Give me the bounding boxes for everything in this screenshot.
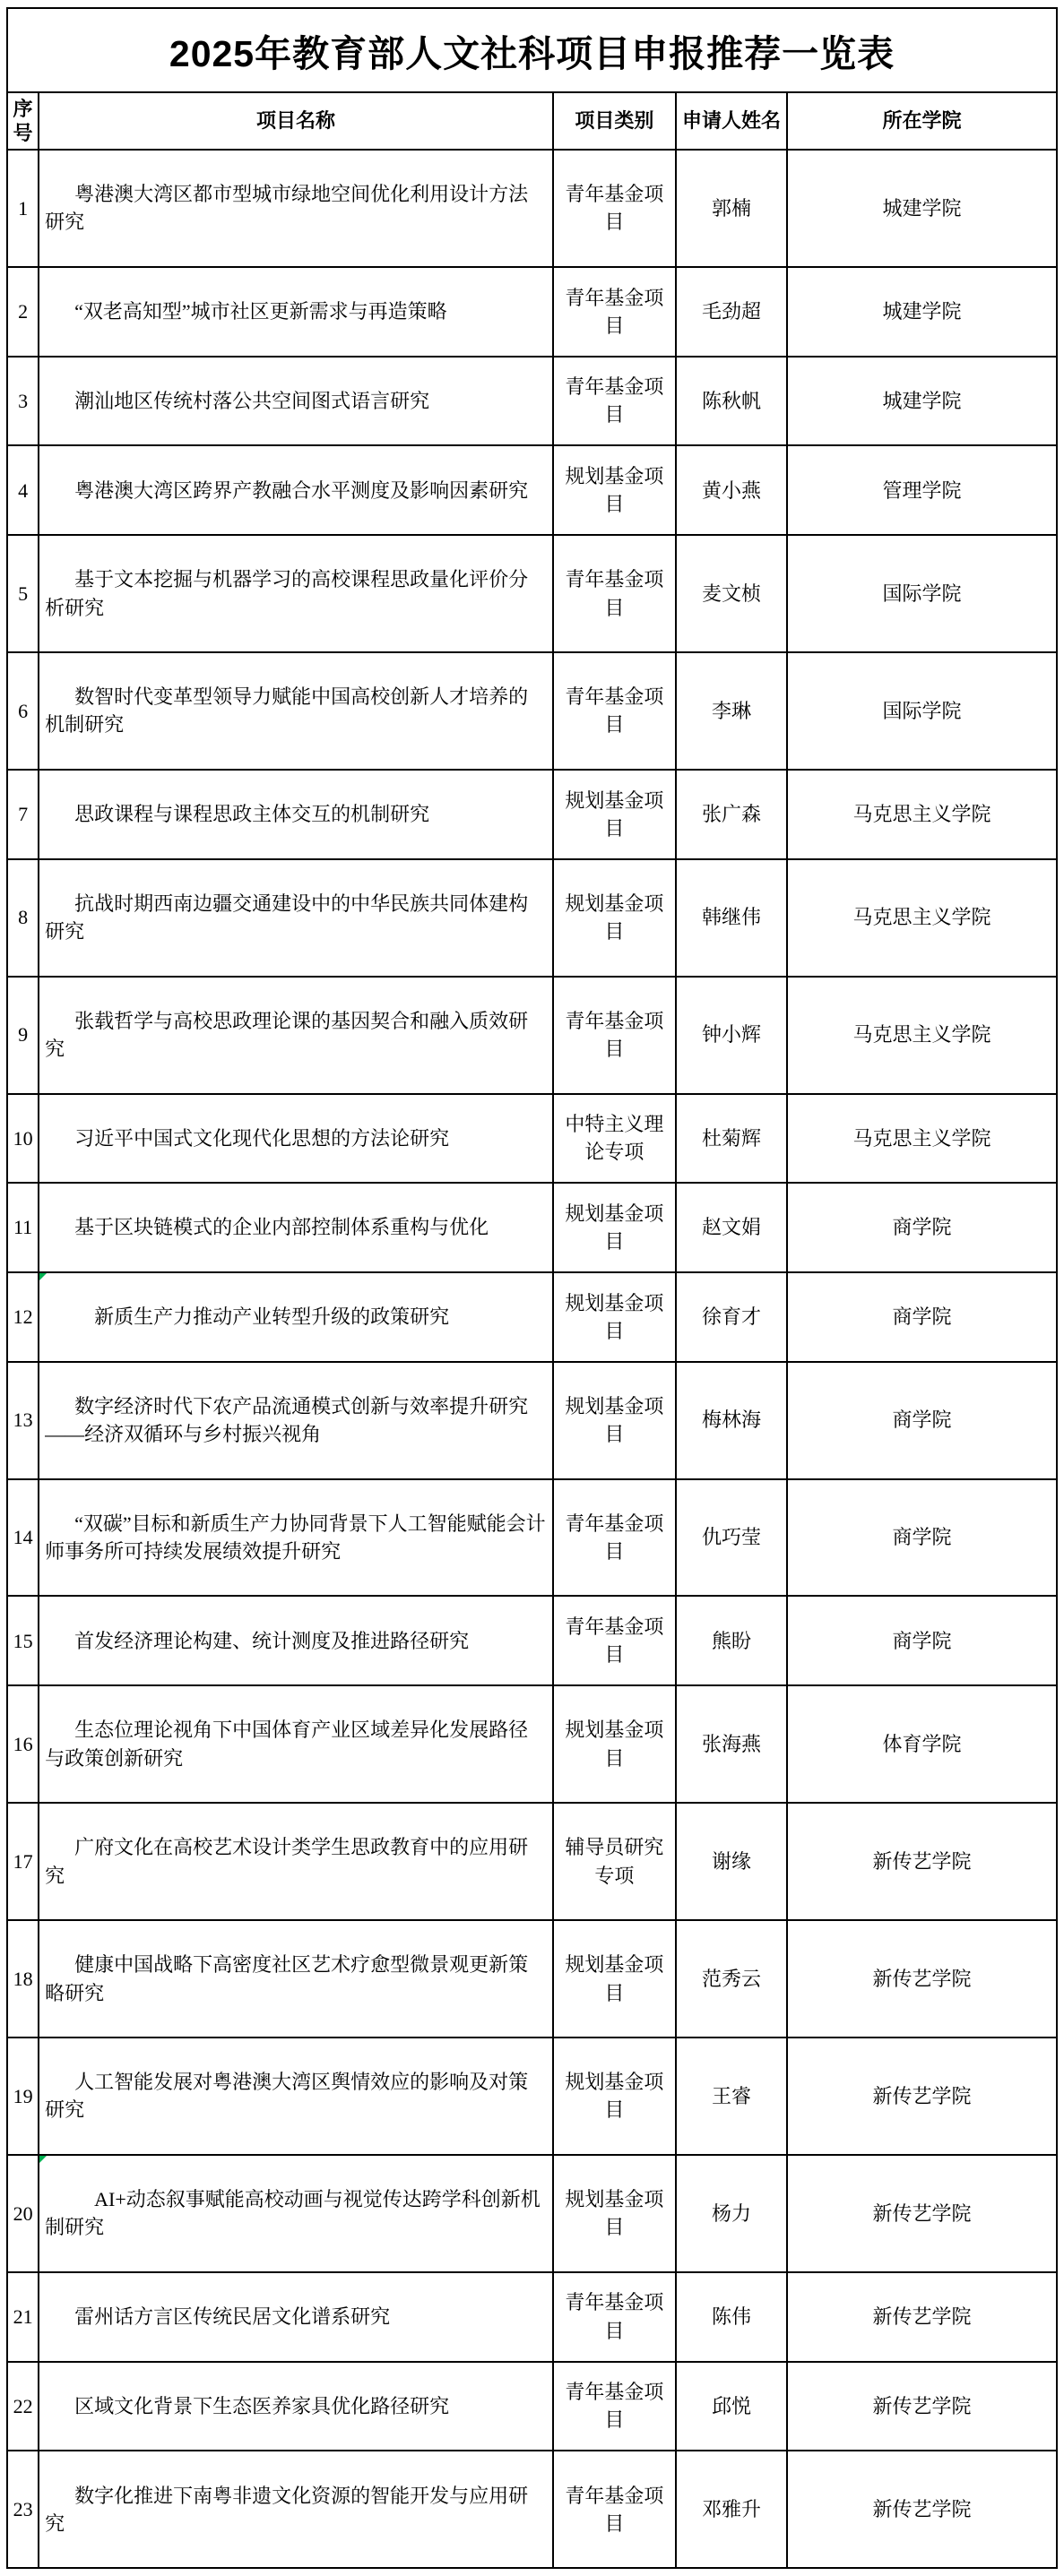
college-name: 城建学院	[883, 300, 962, 323]
project-category: 青年基金项目	[565, 183, 663, 233]
table-row: 5 基于文本挖掘与机器学习的高校课程思政量化评价分析研究 青年基金项目 麦文桢 …	[7, 535, 1057, 652]
excel-error-marker-icon	[39, 1273, 47, 1280]
college-name: 商学院	[893, 1216, 952, 1238]
project-category: 青年基金项目	[565, 1615, 663, 1666]
applicant-name: 仇巧莹	[702, 1526, 761, 1548]
row-number: 3	[18, 390, 28, 412]
row-number: 9	[18, 1023, 28, 1046]
project-name: 抗战时期西南边疆交通建设中的中华民族共同体建构研究	[45, 892, 528, 943]
project-name: 数字经济时代下农产品流通模式创新与效率提升研究——经济双循环与乡村振兴视角	[45, 1395, 528, 1445]
college-cell: 马克思主义学院	[787, 977, 1057, 1094]
project-name-cell: 潮汕地区传统村落公共空间图式语言研究	[39, 357, 553, 446]
row-number-cell: 12	[7, 1272, 39, 1362]
row-number: 5	[18, 582, 28, 605]
project-name-cell: AI+动态叙事赋能高校动画与视觉传达跨学科创新机制研究	[39, 2155, 553, 2272]
project-category-cell: 规划基金项目	[553, 445, 676, 535]
project-name-cell: 思政课程与课程思政主体交互的机制研究	[39, 770, 553, 859]
row-number: 4	[18, 479, 28, 502]
project-category: 中特主义理论专项	[565, 1113, 663, 1163]
project-name-cell: 张载哲学与高校思政理论课的基因契合和融入质效研究	[39, 977, 553, 1094]
row-number: 10	[13, 1127, 33, 1150]
project-category: 青年基金项目	[565, 2485, 663, 2535]
college-cell: 新传艺学院	[787, 1803, 1057, 1920]
project-category: 规划基金项目	[565, 1395, 663, 1445]
project-name: 粤港澳大湾区跨界产教融合水平测度及影响因素研究	[74, 479, 528, 502]
column-header-applicant: 申请人姓名	[676, 92, 787, 150]
project-category-cell: 规划基金项目	[553, 2155, 676, 2272]
project-name-cell: 基于区块链模式的企业内部控制体系重构与优化	[39, 1183, 553, 1272]
row-number-cell: 18	[7, 1920, 39, 2038]
table-row: 12 新质生产力推动产业转型升级的政策研究 规划基金项目 徐育才 商学院	[7, 1272, 1057, 1362]
college-name: 新传艺学院	[873, 2202, 972, 2225]
project-category-cell: 青年基金项目	[553, 535, 676, 652]
project-name-cell: 数字经济时代下农产品流通模式创新与效率提升研究——经济双循环与乡村振兴视角	[39, 1362, 553, 1479]
applicant-name: 邓雅升	[702, 2498, 761, 2520]
college-cell: 国际学院	[787, 535, 1057, 652]
table-row: 21 雷州话方言区传统民居文化谱系研究 青年基金项目 陈伟 新传艺学院	[7, 2272, 1057, 2362]
college-cell: 新传艺学院	[787, 2272, 1057, 2362]
project-category: 规划基金项目	[565, 465, 663, 515]
project-category: 青年基金项目	[565, 1010, 663, 1060]
project-category-cell: 青年基金项目	[553, 1479, 676, 1597]
college-name: 新传艺学院	[873, 1968, 972, 1990]
row-number-cell: 23	[7, 2451, 39, 2568]
project-category-cell: 规划基金项目	[553, 1685, 676, 1803]
project-name-cell: 数字化推进下南粤非遗文化资源的智能开发与应用研究	[39, 2451, 553, 2568]
project-name: 区域文化背景下生态医养家具优化路径研究	[74, 2395, 449, 2417]
row-number: 17	[13, 1850, 33, 1873]
applicant-name-cell: 钟小辉	[676, 977, 787, 1094]
college-name: 新传艺学院	[873, 2305, 972, 2328]
project-name-cell: 粤港澳大湾区跨界产教融合水平测度及影响因素研究	[39, 445, 553, 535]
header-row: 序号 项目名称 项目类别 申请人姓名 所在学院	[7, 92, 1057, 150]
applicant-name-cell: 韩继伟	[676, 859, 787, 977]
row-number-cell: 7	[7, 770, 39, 859]
project-name: 生态位理论视角下中国体育产业区域差异化发展路径与政策创新研究	[45, 1719, 528, 1769]
row-number: 19	[13, 2085, 33, 2107]
project-category-cell: 规划基金项目	[553, 1920, 676, 2038]
row-number: 15	[13, 1630, 33, 1652]
row-number: 7	[18, 803, 28, 825]
row-number-cell: 19	[7, 2038, 39, 2155]
table-row: 2 “双老高知型”城市社区更新需求与再造策略 青年基金项目 毛劲超 城建学院	[7, 267, 1057, 357]
row-number: 13	[13, 1409, 33, 1431]
row-number-cell: 5	[7, 535, 39, 652]
row-number: 12	[13, 1305, 33, 1328]
college-name: 商学院	[893, 1630, 952, 1652]
table-row: 18 健康中国战略下高密度社区艺术疗愈型微景观更新策略研究 规划基金项目 范秀云…	[7, 1920, 1057, 2038]
college-cell: 马克思主义学院	[787, 1094, 1057, 1184]
table-row: 14 “双碳”目标和新质生产力协同背景下人工智能赋能会计师事务所可持续发展绩效提…	[7, 1479, 1057, 1597]
project-category-cell: 青年基金项目	[553, 2362, 676, 2451]
row-number: 2	[18, 300, 28, 323]
table-row: 13 数字经济时代下农产品流通模式创新与效率提升研究——经济双循环与乡村振兴视角…	[7, 1362, 1057, 1479]
project-category: 辅导员研究专项	[565, 1836, 663, 1886]
project-category-cell: 规划基金项目	[553, 2038, 676, 2155]
applicant-name: 韩继伟	[702, 906, 761, 928]
row-number-cell: 3	[7, 357, 39, 446]
project-category: 规划基金项目	[565, 1719, 663, 1769]
college-name: 商学院	[893, 1305, 952, 1328]
column-header-number: 序号	[7, 92, 39, 150]
project-name-cell: 首发经济理论构建、统计测度及推进路径研究	[39, 1596, 553, 1685]
college-name: 商学院	[893, 1526, 952, 1548]
project-name: AI+动态叙事赋能高校动画与视觉传达跨学科创新机制研究	[45, 2188, 541, 2238]
applicant-name-cell: 张海燕	[676, 1685, 787, 1803]
project-category: 规划基金项目	[565, 2188, 663, 2238]
project-name-cell: 生态位理论视角下中国体育产业区域差异化发展路径与政策创新研究	[39, 1685, 553, 1803]
applicant-name: 王睿	[712, 2085, 751, 2107]
college-name: 城建学院	[883, 390, 962, 412]
college-cell: 新传艺学院	[787, 1920, 1057, 2038]
project-category: 规划基金项目	[565, 1953, 663, 2003]
table-row: 10 习近平中国式文化现代化思想的方法论研究 中特主义理论专项 杜菊辉 马克思主…	[7, 1094, 1057, 1184]
college-cell: 管理学院	[787, 445, 1057, 535]
college-name: 国际学院	[883, 700, 962, 722]
table-row: 1 粤港澳大湾区都市型城市绿地空间优化利用设计方法研究 青年基金项目 郭楠 城建…	[7, 150, 1057, 267]
college-cell: 国际学院	[787, 652, 1057, 770]
project-category: 青年基金项目	[565, 2291, 663, 2341]
project-name: 基于文本挖掘与机器学习的高校课程思政量化评价分析研究	[45, 568, 528, 618]
project-category-cell: 规划基金项目	[553, 859, 676, 977]
applicant-name: 范秀云	[702, 1968, 761, 1990]
project-category: 规划基金项目	[565, 2071, 663, 2121]
row-number-cell: 22	[7, 2362, 39, 2451]
project-name: 粤港澳大湾区都市型城市绿地空间优化利用设计方法研究	[45, 183, 528, 233]
project-name: 基于区块链模式的企业内部控制体系重构与优化	[74, 1216, 489, 1238]
college-name: 管理学院	[883, 479, 962, 502]
college-name: 马克思主义学院	[853, 1127, 991, 1150]
row-number-cell: 13	[7, 1362, 39, 1479]
applicant-name: 李琳	[712, 700, 751, 722]
project-name: 张载哲学与高校思政理论课的基因契合和融入质效研究	[45, 1010, 528, 1060]
applicant-name-cell: 张广森	[676, 770, 787, 859]
table-row: 4 粤港澳大湾区跨界产教融合水平测度及影响因素研究 规划基金项目 黄小燕 管理学…	[7, 445, 1057, 535]
applicant-name-cell: 杜菊辉	[676, 1094, 787, 1184]
applicant-name: 黄小燕	[702, 479, 761, 502]
college-cell: 商学院	[787, 1596, 1057, 1685]
table-row: 11 基于区块链模式的企业内部控制体系重构与优化 规划基金项目 赵文娟 商学院	[7, 1183, 1057, 1272]
project-name: “双碳”目标和新质生产力协同背景下人工智能赋能会计师事务所可持续发展绩效提升研究	[45, 1512, 546, 1563]
project-name: 思政课程与课程思政主体交互的机制研究	[74, 803, 429, 825]
row-number: 8	[18, 906, 28, 928]
project-category-cell: 规划基金项目	[553, 1272, 676, 1362]
row-number: 18	[13, 1968, 33, 1990]
project-category: 青年基金项目	[565, 2381, 663, 2431]
project-name: 健康中国战略下高密度社区艺术疗愈型微景观更新策略研究	[45, 1953, 528, 2003]
college-cell: 马克思主义学院	[787, 859, 1057, 977]
row-number: 14	[13, 1526, 33, 1548]
row-number: 21	[13, 2305, 33, 2328]
applicant-name-cell: 黄小燕	[676, 445, 787, 535]
row-number: 11	[13, 1216, 32, 1238]
project-name-cell: 基于文本挖掘与机器学习的高校课程思政量化评价分析研究	[39, 535, 553, 652]
college-name: 新传艺学院	[873, 2085, 972, 2107]
college-name: 新传艺学院	[873, 2498, 972, 2520]
applicant-name: 毛劲超	[702, 300, 761, 323]
project-category-cell: 青年基金项目	[553, 652, 676, 770]
project-category-cell: 青年基金项目	[553, 150, 676, 267]
college-name: 马克思主义学院	[853, 803, 991, 825]
applicant-name: 邱悦	[712, 2395, 751, 2417]
project-name-cell: 抗战时期西南边疆交通建设中的中华民族共同体建构研究	[39, 859, 553, 977]
row-number: 1	[18, 197, 28, 220]
project-category-cell: 青年基金项目	[553, 2272, 676, 2362]
table-row: 15 首发经济理论构建、统计测度及推进路径研究 青年基金项目 熊盼 商学院	[7, 1596, 1057, 1685]
applicant-name-cell: 熊盼	[676, 1596, 787, 1685]
college-cell: 商学院	[787, 1183, 1057, 1272]
project-category: 青年基金项目	[565, 685, 663, 736]
project-category-cell: 规划基金项目	[553, 1183, 676, 1272]
row-number: 22	[13, 2395, 33, 2417]
college-cell: 商学院	[787, 1479, 1057, 1597]
project-category: 规划基金项目	[565, 789, 663, 840]
project-name-cell: 人工智能发展对粤港澳大湾区舆情效应的影响及对策研究	[39, 2038, 553, 2155]
college-cell: 商学院	[787, 1362, 1057, 1479]
college-cell: 马克思主义学院	[787, 770, 1057, 859]
applicant-name-cell: 范秀云	[676, 1920, 787, 2038]
applicant-name: 陈伟	[712, 2305, 751, 2328]
project-name-cell: 新质生产力推动产业转型升级的政策研究	[39, 1272, 553, 1362]
row-number-cell: 14	[7, 1479, 39, 1597]
applicant-name-cell: 梅林海	[676, 1362, 787, 1479]
college-cell: 城建学院	[787, 150, 1057, 267]
project-category-cell: 辅导员研究专项	[553, 1803, 676, 1920]
table-row: 19 人工智能发展对粤港澳大湾区舆情效应的影响及对策研究 规划基金项目 王睿 新…	[7, 2038, 1057, 2155]
applicant-name: 陈秋帆	[702, 390, 761, 412]
column-header-category: 项目类别	[553, 92, 676, 150]
project-category-cell: 青年基金项目	[553, 977, 676, 1094]
college-name: 城建学院	[883, 197, 962, 220]
table-row: 17 广府文化在高校艺术设计类学生思政教育中的应用研究 辅导员研究专项 谢缘 新…	[7, 1803, 1057, 1920]
project-category-cell: 青年基金项目	[553, 357, 676, 446]
project-name-cell: 广府文化在高校艺术设计类学生思政教育中的应用研究	[39, 1803, 553, 1920]
row-number-cell: 17	[7, 1803, 39, 1920]
row-number-cell: 21	[7, 2272, 39, 2362]
project-name: 数智时代变革型领导力赋能中国高校创新人才培养的机制研究	[45, 685, 528, 736]
college-name: 国际学院	[883, 582, 962, 605]
applicant-name-cell: 徐育才	[676, 1272, 787, 1362]
project-name-cell: 习近平中国式文化现代化思想的方法论研究	[39, 1094, 553, 1184]
applicant-name-cell: 邓雅升	[676, 2451, 787, 2568]
applicant-name: 谢缘	[712, 1850, 751, 1873]
project-name: 人工智能发展对粤港澳大湾区舆情效应的影响及对策研究	[45, 2071, 528, 2121]
project-name: 首发经济理论构建、统计测度及推进路径研究	[74, 1630, 469, 1652]
row-number-cell: 20	[7, 2155, 39, 2272]
row-number-cell: 10	[7, 1094, 39, 1184]
column-header-college: 所在学院	[787, 92, 1057, 150]
applicant-name: 梅林海	[702, 1409, 761, 1431]
table-row: 9 张载哲学与高校思政理论课的基因契合和融入质效研究 青年基金项目 钟小辉 马克…	[7, 977, 1057, 1094]
project-category-cell: 规划基金项目	[553, 1362, 676, 1479]
project-name-cell: 粤港澳大湾区都市型城市绿地空间优化利用设计方法研究	[39, 150, 553, 267]
table-row: 6 数智时代变革型领导力赋能中国高校创新人才培养的机制研究 青年基金项目 李琳 …	[7, 652, 1057, 770]
row-number: 6	[18, 700, 28, 722]
row-number-cell: 6	[7, 652, 39, 770]
row-number-cell: 8	[7, 859, 39, 977]
college-name: 新传艺学院	[873, 1850, 972, 1873]
row-number-cell: 15	[7, 1596, 39, 1685]
excel-error-marker-icon	[39, 2156, 47, 2163]
applicant-name: 杜菊辉	[702, 1127, 761, 1150]
project-name: 潮汕地区传统村落公共空间图式语言研究	[74, 390, 429, 412]
college-name: 商学院	[893, 1409, 952, 1431]
recommendation-table: 2025年教育部人文社科项目申报推荐一览表 序号 项目名称 项目类别 申请人姓名…	[6, 7, 1058, 2569]
column-header-name: 项目名称	[39, 92, 553, 150]
project-category: 青年基金项目	[565, 1512, 663, 1563]
applicant-name-cell: 郭楠	[676, 150, 787, 267]
applicant-name-cell: 王睿	[676, 2038, 787, 2155]
row-number-cell: 11	[7, 1183, 39, 1272]
applicant-name-cell: 毛劲超	[676, 267, 787, 357]
college-cell: 商学院	[787, 1272, 1057, 1362]
document-page: 2025年教育部人文社科项目申报推荐一览表 序号 项目名称 项目类别 申请人姓名…	[0, 0, 1064, 2576]
project-category-cell: 青年基金项目	[553, 1596, 676, 1685]
college-cell: 新传艺学院	[787, 2038, 1057, 2155]
project-category-cell: 中特主义理论专项	[553, 1094, 676, 1184]
title-row: 2025年教育部人文社科项目申报推荐一览表	[7, 8, 1057, 92]
applicant-name: 张海燕	[702, 1733, 761, 1755]
row-number: 20	[13, 2202, 33, 2225]
applicant-name: 杨力	[712, 2202, 751, 2225]
college-name: 马克思主义学院	[853, 1023, 991, 1046]
table-row: 23 数字化推进下南粤非遗文化资源的智能开发与应用研究 青年基金项目 邓雅升 新…	[7, 2451, 1057, 2568]
college-cell: 体育学院	[787, 1685, 1057, 1803]
applicant-name-cell: 李琳	[676, 652, 787, 770]
row-number-cell: 2	[7, 267, 39, 357]
row-number-cell: 4	[7, 445, 39, 535]
project-category: 青年基金项目	[565, 568, 663, 618]
college-name: 新传艺学院	[873, 2395, 972, 2417]
applicant-name-cell: 杨力	[676, 2155, 787, 2272]
applicant-name-cell: 陈伟	[676, 2272, 787, 2362]
project-name: 广府文化在高校艺术设计类学生思政教育中的应用研究	[45, 1836, 528, 1886]
table-row: 22 区域文化背景下生态医养家具优化路径研究 青年基金项目 邱悦 新传艺学院	[7, 2362, 1057, 2451]
table-row: 20 AI+动态叙事赋能高校动画与视觉传达跨学科创新机制研究 规划基金项目 杨力…	[7, 2155, 1057, 2272]
project-name-cell: 健康中国战略下高密度社区艺术疗愈型微景观更新策略研究	[39, 1920, 553, 2038]
project-name: 数字化推进下南粤非遗文化资源的智能开发与应用研究	[45, 2485, 528, 2535]
applicant-name-cell: 陈秋帆	[676, 357, 787, 446]
applicant-name-cell: 麦文桢	[676, 535, 787, 652]
college-name: 体育学院	[883, 1733, 962, 1755]
applicant-name: 张广森	[702, 803, 761, 825]
project-name: 雷州话方言区传统民居文化谱系研究	[74, 2305, 390, 2328]
project-name-cell: “双老高知型”城市社区更新需求与再造策略	[39, 267, 553, 357]
applicant-name: 郭楠	[712, 197, 751, 220]
row-number-cell: 1	[7, 150, 39, 267]
college-name: 马克思主义学院	[853, 906, 991, 928]
college-cell: 新传艺学院	[787, 2155, 1057, 2272]
project-name-cell: 数智时代变革型领导力赋能中国高校创新人才培养的机制研究	[39, 652, 553, 770]
row-number: 23	[13, 2498, 33, 2520]
row-number-cell: 16	[7, 1685, 39, 1803]
applicant-name: 赵文娟	[702, 1216, 761, 1238]
applicant-name: 麦文桢	[702, 582, 761, 605]
row-number: 16	[13, 1733, 33, 1755]
applicant-name: 熊盼	[712, 1630, 751, 1652]
college-cell: 新传艺学院	[787, 2451, 1057, 2568]
project-name: “双老高知型”城市社区更新需求与再造策略	[74, 300, 447, 323]
applicant-name-cell: 谢缘	[676, 1803, 787, 1920]
project-category: 青年基金项目	[565, 287, 663, 337]
page-title: 2025年教育部人文社科项目申报推荐一览表	[7, 8, 1057, 92]
project-name-cell: 区域文化背景下生态医养家具优化路径研究	[39, 2362, 553, 2451]
table-row: 8 抗战时期西南边疆交通建设中的中华民族共同体建构研究 规划基金项目 韩继伟 马…	[7, 859, 1057, 977]
applicant-name-cell: 邱悦	[676, 2362, 787, 2451]
applicant-name-cell: 赵文娟	[676, 1183, 787, 1272]
applicant-name: 钟小辉	[702, 1023, 761, 1046]
project-category-cell: 规划基金项目	[553, 770, 676, 859]
project-category-cell: 青年基金项目	[553, 2451, 676, 2568]
project-category: 规划基金项目	[565, 1202, 663, 1253]
project-category-cell: 青年基金项目	[553, 267, 676, 357]
college-cell: 城建学院	[787, 267, 1057, 357]
project-name-cell: “双碳”目标和新质生产力协同背景下人工智能赋能会计师事务所可持续发展绩效提升研究	[39, 1479, 553, 1597]
project-category: 规划基金项目	[565, 1292, 663, 1342]
project-category: 青年基金项目	[565, 375, 663, 426]
table-row: 3 潮汕地区传统村落公共空间图式语言研究 青年基金项目 陈秋帆 城建学院	[7, 357, 1057, 446]
project-name: 新质生产力推动产业转型升级的政策研究	[74, 1305, 449, 1328]
college-cell: 城建学院	[787, 357, 1057, 446]
project-name-cell: 雷州话方言区传统民居文化谱系研究	[39, 2272, 553, 2362]
applicant-name: 徐育才	[702, 1305, 761, 1328]
college-cell: 新传艺学院	[787, 2362, 1057, 2451]
applicant-name-cell: 仇巧莹	[676, 1479, 787, 1597]
table-row: 7 思政课程与课程思政主体交互的机制研究 规划基金项目 张广森 马克思主义学院	[7, 770, 1057, 859]
row-number-cell: 9	[7, 977, 39, 1094]
table-row: 16 生态位理论视角下中国体育产业区域差异化发展路径与政策创新研究 规划基金项目…	[7, 1685, 1057, 1803]
project-name: 习近平中国式文化现代化思想的方法论研究	[74, 1127, 449, 1150]
project-category: 规划基金项目	[565, 892, 663, 943]
